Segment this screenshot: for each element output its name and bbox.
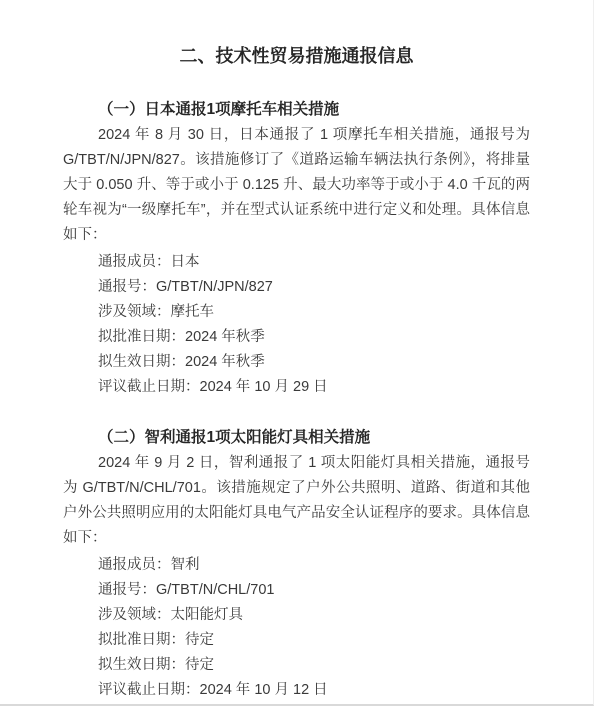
document-page: 二、技术性贸易措施通报信息 （一）日本通报1项摩托车相关措施 2024 年 8 … <box>0 0 594 706</box>
detail-label: 拟生效日期： <box>98 657 185 673</box>
section-paragraph: 2024 年 8 月 30 日，日本通报了 1 项摩托车相关措施，通报号为 G/… <box>63 123 530 248</box>
detail-label: 拟生效日期： <box>98 354 185 370</box>
detail-line-comment-deadline: 评议截止日期：2024 年 10 月 12 日 <box>63 678 530 703</box>
detail-value: 智利 <box>171 557 200 573</box>
detail-line-notification-number: 通报号：G/TBT/N/CHL/701 <box>63 578 530 603</box>
detail-label: 拟批准日期： <box>98 632 185 648</box>
section-heading: （一）日本通报1项摩托车相关措施 <box>63 99 530 121</box>
detail-line-proposed-effective-date: 拟生效日期：2024 年秋季 <box>63 350 530 375</box>
detail-value: G/TBT/N/CHL/701 <box>156 582 274 598</box>
detail-value: 摩托车 <box>171 304 215 320</box>
detail-label: 评议截止日期： <box>98 379 200 395</box>
section-paragraph: 2024 年 9 月 2 日，智利通报了 1 项太阳能灯具相关措施，通报号为 G… <box>63 451 530 551</box>
detail-line-comment-deadline: 评议截止日期：2024 年 10 月 29 日 <box>63 375 530 400</box>
detail-label: 通报号： <box>98 582 156 598</box>
detail-label: 拟批准日期： <box>98 329 185 345</box>
detail-value: 待定 <box>185 657 214 673</box>
detail-value: 2024 年 10 月 29 日 <box>200 379 328 395</box>
detail-label: 评议截止日期： <box>98 682 200 698</box>
detail-value: 2024 年 10 月 12 日 <box>200 682 328 698</box>
detail-line-field: 涉及领域：摩托车 <box>63 300 530 325</box>
detail-label: 通报成员： <box>98 254 171 270</box>
detail-value: 2024 年秋季 <box>185 354 265 370</box>
section-japan-motorcycle: （一）日本通报1项摩托车相关措施 2024 年 8 月 30 日，日本通报了 1… <box>63 99 530 400</box>
section-heading: （二）智利通报1项太阳能灯具相关措施 <box>63 427 530 449</box>
detail-line-notifying-member: 通报成员：智利 <box>63 553 530 578</box>
detail-line-proposed-effective-date: 拟生效日期：待定 <box>63 653 530 678</box>
detail-value: 太阳能灯具 <box>171 607 244 623</box>
detail-line-field: 涉及领域：太阳能灯具 <box>63 603 530 628</box>
detail-line-proposed-adoption-date: 拟批准日期：2024 年秋季 <box>63 325 530 350</box>
detail-label: 通报号： <box>98 279 156 295</box>
detail-label: 涉及领域： <box>98 304 171 320</box>
detail-label: 通报成员： <box>98 557 171 573</box>
detail-list: 通报成员：智利 通报号：G/TBT/N/CHL/701 涉及领域：太阳能灯具 拟… <box>63 553 530 703</box>
detail-value: 日本 <box>171 254 200 270</box>
detail-value: 待定 <box>185 632 214 648</box>
detail-line-notifying-member: 通报成员：日本 <box>63 250 530 275</box>
detail-label: 涉及领域： <box>98 607 171 623</box>
detail-value: G/TBT/N/JPN/827 <box>156 279 273 295</box>
section-chile-solar-lamps: （二）智利通报1项太阳能灯具相关措施 2024 年 9 月 2 日，智利通报了 … <box>63 427 530 703</box>
detail-value: 2024 年秋季 <box>185 329 265 345</box>
document-title: 二、技术性贸易措施通报信息 <box>63 46 530 66</box>
detail-line-proposed-adoption-date: 拟批准日期：待定 <box>63 628 530 653</box>
detail-line-notification-number: 通报号：G/TBT/N/JPN/827 <box>63 275 530 300</box>
detail-list: 通报成员：日本 通报号：G/TBT/N/JPN/827 涉及领域：摩托车 拟批准… <box>63 250 530 400</box>
